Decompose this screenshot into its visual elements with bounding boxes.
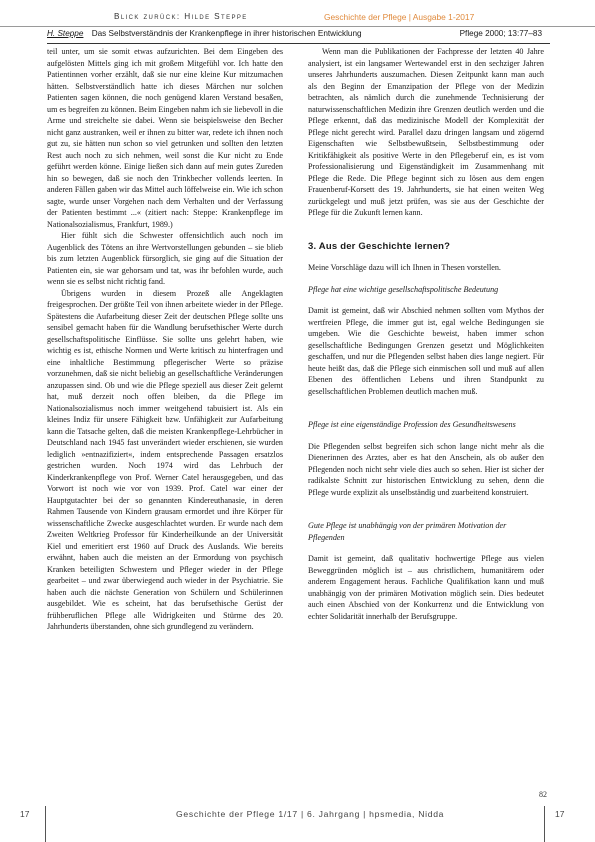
section-heading: 3. Aus der Geschichte lernen? (308, 241, 544, 253)
thesis-body: Die Pflegenden selbst begreifen sich sch… (308, 441, 544, 499)
running-header-right: Geschichte der Pflege | Ausgabe 1-2017 (324, 12, 474, 22)
spacer (308, 498, 544, 520)
article-citation-line: H. Steppe Das Selbstverständnis der Kran… (47, 29, 550, 44)
footer-divider-left (45, 806, 46, 842)
footer-page-number-left: 17 (20, 809, 29, 819)
spacer (308, 274, 544, 284)
section-intro: Meine Vorschläge dazu will ich Ihnen in … (308, 262, 544, 274)
body-paragraph: Übrigens wurden in diesem Prozeß alle An… (47, 288, 283, 633)
article-title: Das Selbstverständnis der Krankenpflege … (92, 29, 362, 38)
body-paragraph: Hier fühlt sich die Schwester offensicht… (47, 230, 283, 288)
right-column: Wenn man die Publikationen der Fachpress… (308, 46, 544, 622)
header-divider (0, 26, 595, 27)
page-footer: 17 Geschichte der Pflege 1/17 | 6. Jahrg… (0, 806, 595, 842)
inner-page-number: 82 (539, 790, 547, 799)
thesis-heading: Pflege hat eine wichtige gesellschaftspo… (308, 284, 544, 296)
thesis-heading: Pflege ist eine eigenständige Profession… (308, 419, 544, 431)
footer-publication-title: Geschichte der Pflege 1/17 | 6. Jahrgang… (176, 809, 444, 819)
footer-divider-right (544, 806, 545, 842)
left-column: teil unter, um sie somit etwas aufzurich… (47, 46, 283, 633)
body-paragraph: teil unter, um sie somit etwas aufzurich… (47, 46, 283, 230)
thesis-body: Damit ist gemeint, daß qualitativ hochwe… (308, 553, 544, 622)
spacer (308, 397, 544, 419)
spacer (308, 219, 544, 241)
article-author: H. Steppe (47, 29, 83, 38)
running-header-left: Blick zurück: Hilde Steppe (114, 12, 248, 21)
thesis-body: Damit ist gemeint, daß wir Abschied nehm… (308, 305, 544, 397)
running-header: Blick zurück: Hilde Steppe Geschichte de… (0, 10, 595, 26)
body-paragraph: Wenn man die Publikationen der Fachpress… (308, 46, 544, 219)
thesis-heading: Gute Pflege ist unabhängig von der primä… (308, 520, 544, 543)
footer-page-number-right: 17 (555, 809, 564, 819)
article-source: Pflege 2000; 13:77–83 (460, 29, 542, 38)
